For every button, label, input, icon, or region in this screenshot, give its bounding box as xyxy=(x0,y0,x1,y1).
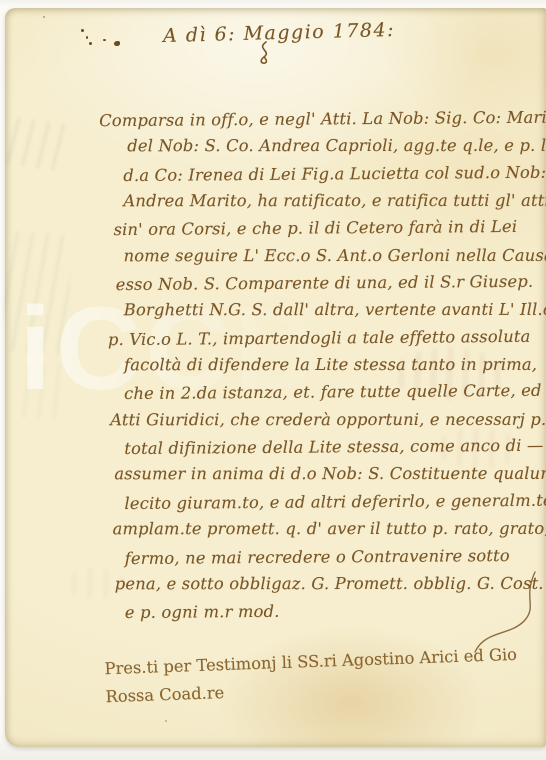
text-line: esso Nob. S. Comparente di una, ed il S.… xyxy=(116,267,546,298)
text-line: Andrea Marito, ha ratificato, e ratifica… xyxy=(123,187,546,215)
text-line: d.a Co: Irenea di Lei Fig.a Lucietta col… xyxy=(123,158,546,189)
text-line: sin' ora Corsi, e che p. il di Cetero fa… xyxy=(113,212,546,243)
ink-spot xyxy=(103,39,106,41)
text-line: total difinizione della Lite stessa, com… xyxy=(124,431,546,462)
text-line: p. Vic.o L. T., impartendogli a tale eff… xyxy=(108,322,546,354)
text-line: Atti Giuridici, che crederà opportuni, e… xyxy=(110,406,546,434)
ink-spot xyxy=(165,720,167,722)
body-text: Comparsa in off.o, e negl' Atti. La Nob:… xyxy=(123,104,546,625)
ink-spot xyxy=(81,29,84,32)
text-line: amplam.te promett. q. d' aver il tutto p… xyxy=(113,515,546,543)
text-line: Comparsa in off.o, e negl' Atti. La Nob:… xyxy=(99,103,546,135)
paper-sheet: iCCD A dì 6: Maggio 1784: Comparsa in of… xyxy=(5,8,546,747)
closing-text: Pres.ti per Testimonj li SS.ri Agostino … xyxy=(104,641,518,711)
text-line: nome seguire L' Ecc.o S. Ant.o Gerloni n… xyxy=(124,241,546,269)
ink-spot xyxy=(89,42,92,45)
text-line: assumer in anima di d.o Nob: S. Costitue… xyxy=(114,460,546,488)
manuscript-photo: iCCD A dì 6: Maggio 1784: Comparsa in of… xyxy=(0,0,546,760)
bleed-through xyxy=(21,363,67,419)
text-line: facoltà di difendere la Lite stessa tant… xyxy=(124,351,546,379)
bleed-through xyxy=(1,231,73,355)
text-line: Borghetti N.G. S. dall' altra, vertente … xyxy=(124,296,546,324)
text-line: pena, e sotto obbligaz. G. Promett. obbl… xyxy=(115,570,546,598)
ink-spot xyxy=(43,16,45,18)
text-line: fermo, ne mai recredere o Contravenire s… xyxy=(125,540,546,571)
text-line: e p. ogni m.r mod. xyxy=(125,595,546,626)
ink-spot xyxy=(86,36,88,39)
date-line: A dì 6: Maggio 1784: xyxy=(163,19,395,47)
bleed-through xyxy=(4,116,68,172)
ink-spot xyxy=(114,41,120,46)
text-line: del Nob: S. Co. Andrea Caprioli, agg.te … xyxy=(127,132,546,160)
text-line: che in 2.da istanza, et. fare tutte quel… xyxy=(124,376,546,407)
text-line: lecito giuram.to, e ad altri deferirlo, … xyxy=(124,486,546,517)
date-flourish-icon xyxy=(252,41,282,73)
